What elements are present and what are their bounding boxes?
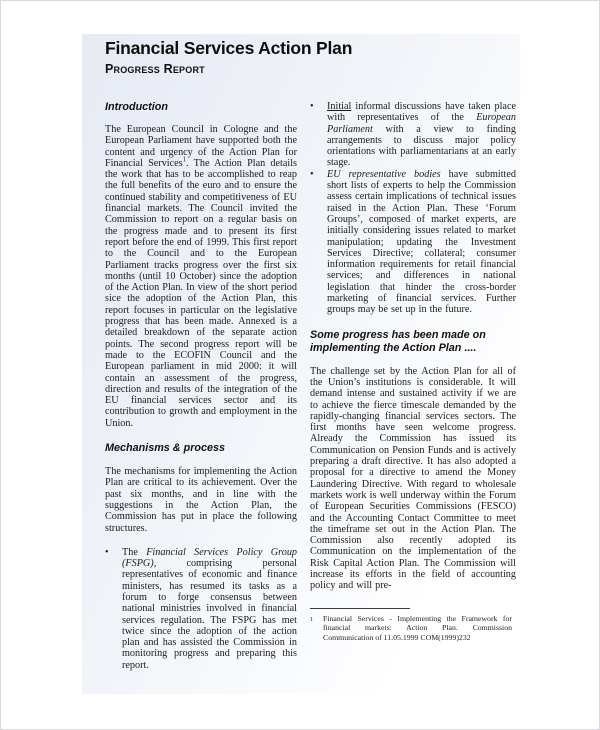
bullet-icon: • bbox=[105, 547, 122, 671]
initial-discussions-bullet-item: • Initial informal discussions have take… bbox=[310, 101, 516, 169]
document-page: Financial Services Action Plan Progress … bbox=[82, 34, 520, 694]
document-title: Financial Services Action Plan bbox=[105, 38, 520, 59]
intro-paragraph: The European Council in Cologne and the … bbox=[105, 124, 297, 429]
progress-heading: Some progress has been made on implement… bbox=[310, 329, 516, 355]
initial-underlined-word: Initial bbox=[327, 101, 351, 112]
mechanisms-heading: Mechanisms & process bbox=[105, 442, 297, 455]
progress-paragraph: The challenge set by the Action Plan for… bbox=[310, 366, 516, 592]
eu-bodies-bullet-item: • EU representative bodies have submitte… bbox=[310, 169, 516, 316]
bullet-icon: • bbox=[310, 101, 327, 169]
intro-text-after-ref: . The Action Plan details the work that … bbox=[105, 158, 297, 429]
footnote-text: Financial Services - Implementing the Fr… bbox=[323, 614, 512, 643]
left-column: Introduction The European Council in Col… bbox=[105, 101, 297, 671]
fspg-rest-text: , comprising personal representatives of… bbox=[122, 558, 297, 671]
footnote-marker: 1 bbox=[310, 614, 323, 643]
right-column: • Initial informal discussions have take… bbox=[310, 101, 516, 671]
fspg-bullet-item: • The Financial Services Policy Group (F… bbox=[105, 547, 297, 671]
initial-discussions-text: Initial informal discussions have taken … bbox=[327, 101, 516, 169]
b2-rest-text: have submitted short lists of experts to… bbox=[327, 169, 516, 316]
document-subtitle: Progress Report bbox=[105, 62, 520, 77]
intro-heading: Introduction bbox=[105, 101, 297, 114]
bullet-icon: • bbox=[310, 169, 327, 316]
mechanisms-paragraph: The mechanisms for implementing the Acti… bbox=[105, 466, 297, 534]
eu-bodies-text: EU representative bodies have submitted … bbox=[327, 169, 516, 316]
document-header: Financial Services Action Plan Progress … bbox=[82, 34, 520, 77]
footnote: 1 Financial Services - Implementing the … bbox=[310, 614, 512, 643]
eu-bodies-italic: EU representative bodies bbox=[327, 169, 441, 180]
fspg-bullet-text: The Financial Services Policy Group (FSP… bbox=[122, 547, 297, 671]
fspg-lead-text: The bbox=[122, 547, 146, 558]
footnote-rule bbox=[310, 608, 410, 609]
two-column-layout: Introduction The European Council in Col… bbox=[82, 101, 520, 671]
